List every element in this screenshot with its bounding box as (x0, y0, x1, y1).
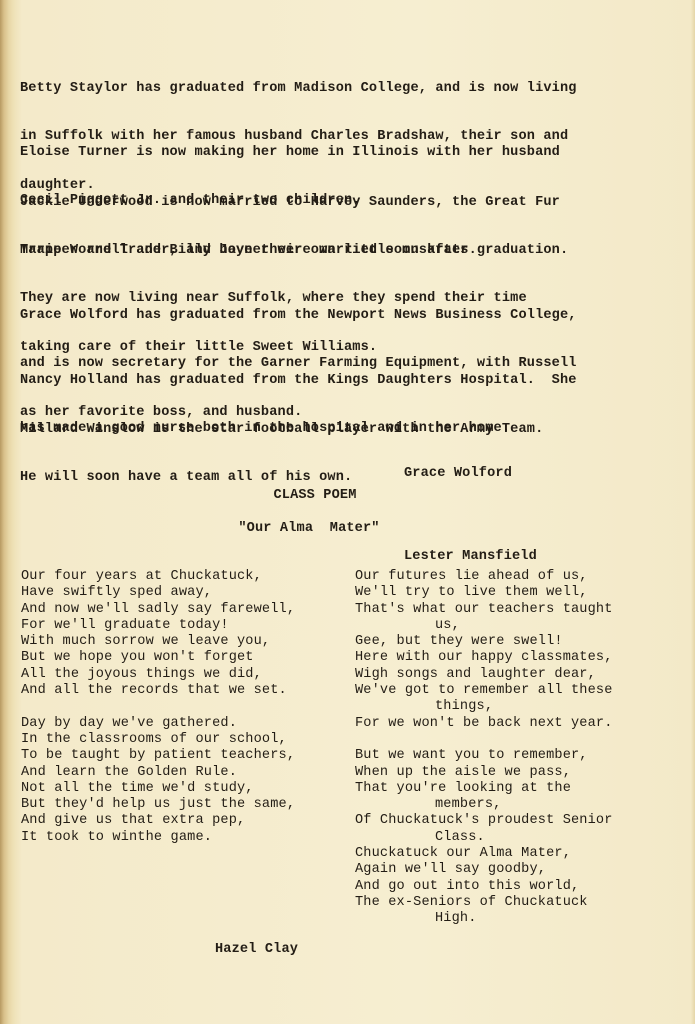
poem-line: And all the records that we set. (21, 683, 295, 699)
poem-line: And learn the Golden Rule. (21, 765, 295, 781)
poem-line: Not all the time we'd study, (21, 781, 295, 797)
poem-line: Have swiftly sped away, (21, 585, 295, 601)
paragraph-line: Jackie Underwood is now married to Harve… (20, 195, 560, 211)
poem-line: But we want you to remember, (355, 748, 613, 764)
poem-line: Class. (355, 830, 613, 846)
poem-line: We'll try to live them well, (355, 585, 613, 601)
yearbook-page: Betty Staylor has graduated from Madison… (0, 0, 695, 1024)
poem-line: When up the aisle we pass, (355, 765, 613, 781)
poem-line: us, (355, 618, 613, 634)
poem-left-column: Our four years at Chuckatuck,Have swiftl… (21, 569, 295, 846)
paragraph-line: Marie Worrell and Billy Joyner were marr… (20, 243, 568, 259)
poem-line: To be taught by patient teachers, (21, 748, 295, 764)
poem-line: In the classrooms of our school, (21, 732, 295, 748)
poem-line: For we'll graduate today! (21, 618, 295, 634)
poem-line: Here with our happy classmates, (355, 650, 613, 666)
poem-line: But they'd help us just the same, (21, 797, 295, 813)
poem-line: Of Chuckatuck's proudest Senior (355, 813, 613, 829)
poem-line: And go out into this world, (355, 879, 613, 895)
poem-line: Chuckatuck our Alma Mater, (355, 846, 613, 862)
poem-line (355, 732, 613, 748)
poem-line (21, 699, 295, 715)
paragraph-line: Eloise Turner is now making her home in … (20, 145, 560, 161)
poem-right-column: Our futures lie ahead of us,We'll try to… (355, 569, 613, 928)
poem-heading: CLASS POEM (0, 488, 630, 504)
signature-name: Grace Wolford (404, 466, 537, 482)
paragraph-line: Betty Staylor has graduated from Madison… (20, 81, 577, 97)
poem-line: And now we'll sadly say farewell, (21, 602, 295, 618)
poem-line: And give us that extra pep, (21, 813, 295, 829)
poem-line: We've got to remember all these (355, 683, 613, 699)
paragraph-line: Grace Wolford has graduated from the New… (20, 308, 577, 324)
poem-line: Our futures lie ahead of us, (355, 569, 613, 585)
poem-line: That you're looking at the (355, 781, 613, 797)
poem-line: Wigh songs and laughter dear, (355, 667, 613, 683)
poem-line: It took to winthe game. (21, 830, 295, 846)
poem-line: Again we'll say goodby, (355, 862, 613, 878)
poem-line: That's what our teachers taught (355, 602, 613, 618)
poem-line: But we hope you won't forget (21, 650, 295, 666)
poem-line: The ex-Seniors of Chuckatuck (355, 895, 613, 911)
poem-line: All the joyous things we did, (21, 667, 295, 683)
poem-line: things, (355, 699, 613, 715)
poem-line: members, (355, 797, 613, 813)
poem-author: Hazel Clay (215, 942, 298, 958)
poem-line: Our four years at Chuckatuck, (21, 569, 295, 585)
poem-line: High. (355, 911, 613, 927)
poem-line: With much sorrow we leave you, (21, 634, 295, 650)
poem-line: Day by day we've gathered. (21, 716, 295, 732)
paragraph-line: Nancy Holland has graduated from the Kin… (20, 373, 577, 389)
poem-line: Gee, but they were swell! (355, 634, 613, 650)
signature-name: Lester Mansfield (404, 549, 537, 565)
poem-title: "Our Alma Mater" (0, 521, 624, 537)
poem-line: For we won't be back next year. (355, 716, 613, 732)
